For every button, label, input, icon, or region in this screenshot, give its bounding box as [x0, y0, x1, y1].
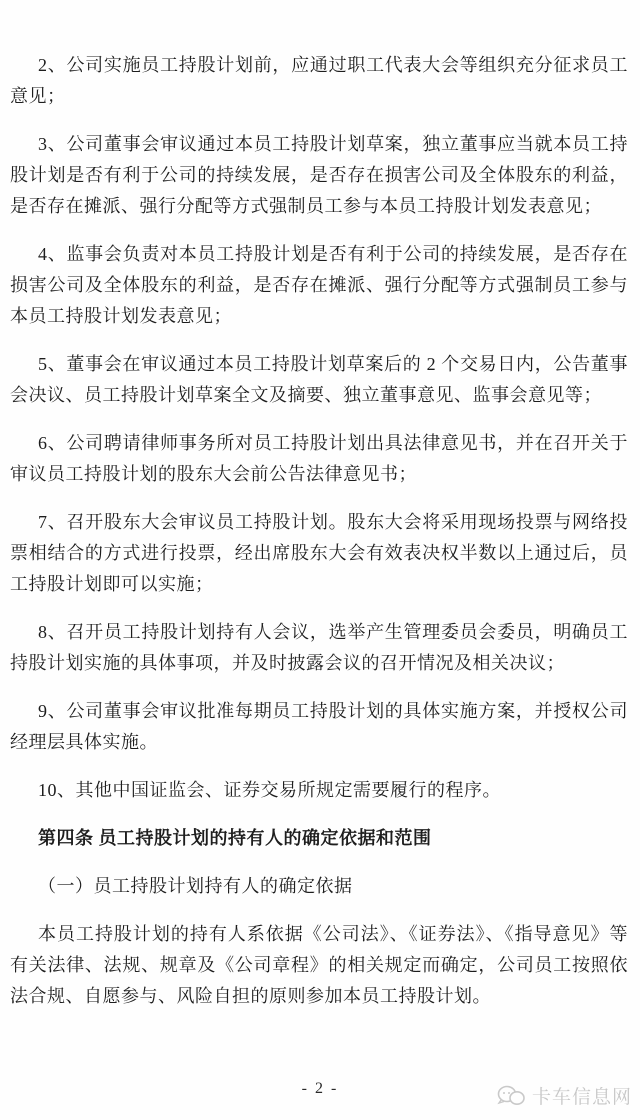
paragraph-7: 7、召开股东大会审议员工持股计划。股东大会将采用现场投票与网络投票相结合的方式进… — [10, 507, 628, 600]
paragraph-2: 2、公司实施员工持股计划前，应通过职工代表大会等组织充分征求员工意见； — [10, 50, 628, 112]
section-heading-article-4: 第四条 员工持股计划的持有人的确定依据和范围 — [10, 823, 628, 854]
watermark: 卡车信息网 — [497, 1082, 632, 1109]
truck-info-net-logo-icon — [497, 1085, 527, 1107]
paragraph-10: 10、其他中国证监会、证券交易所规定需要履行的程序。 — [10, 775, 628, 806]
subsection-heading-1: （一）员工持股计划持有人的确定依据 — [10, 871, 628, 902]
paragraph-8: 8、召开员工持股计划持有人会议，选举产生管理委员会委员，明确员工持股计划实施的具… — [10, 617, 628, 679]
document-body: 2、公司实施员工持股计划前，应通过职工代表大会等组织充分征求员工意见； 3、公司… — [0, 0, 640, 1012]
paragraph-3: 3、公司董事会审议通过本员工持股计划草案，独立董事应当就本员工持股计划是否有利于… — [10, 129, 628, 222]
document-page: 2、公司实施员工持股计划前，应通过职工代表大会等组织充分征求员工意见； 3、公司… — [0, 0, 640, 1120]
paragraph-holder-basis: 本员工持股计划的持有人系依据《公司法》、《证券法》、《指导意见》等有关法律、法规… — [10, 919, 628, 1012]
paragraph-5: 5、董事会在审议通过本员工持股计划草案后的 2 个交易日内，公告董事会决议、员工… — [10, 349, 628, 411]
page-number: - 2 - — [302, 1080, 339, 1097]
watermark-text: 卡车信息网 — [532, 1082, 632, 1109]
paragraph-9: 9、公司董事会审议批准每期员工持股计划的具体实施方案，并授权公司经理层具体实施。 — [10, 696, 628, 758]
paragraph-6: 6、公司聘请律师事务所对员工持股计划出具法律意见书，并在召开关于审议员工持股计划… — [10, 428, 628, 490]
paragraph-4: 4、监事会负责对本员工持股计划是否有利于公司的持续发展，是否存在损害公司及全体股… — [10, 239, 628, 332]
